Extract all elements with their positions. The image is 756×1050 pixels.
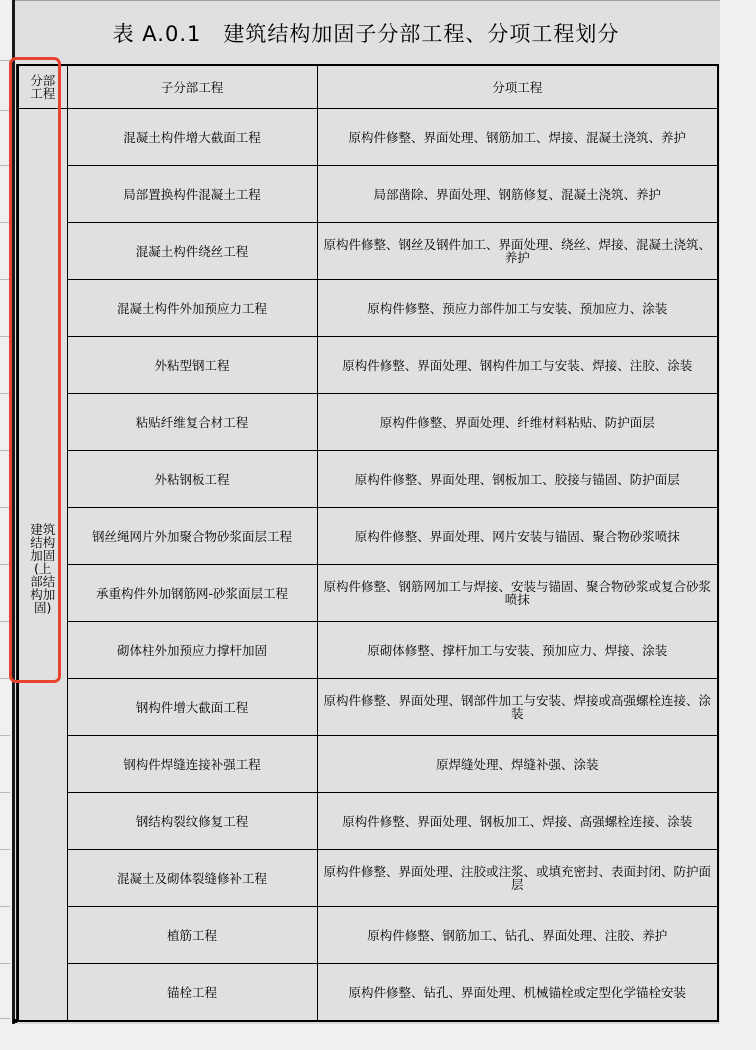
table-header-row: 分部工程 子分部工程 分项工程 <box>18 65 718 109</box>
sub-item-cell: 原焊缝处理、焊缝补强、涂装 <box>317 736 718 793</box>
page-edge <box>12 0 15 1024</box>
header-sub-division: 子分部工程 <box>67 65 317 109</box>
sub-item-cell: 局部凿除、界面处理、钢筋修复、混凝土浇筑、养护 <box>317 166 718 223</box>
sub-item-cell: 原构件修整、钻孔、界面处理、机械锚栓或定型化学锚栓安装 <box>317 964 718 1022</box>
header-division: 分部工程 <box>18 65 67 109</box>
table-row: 承重构件外加钢筋网-砂浆面层工程原构件修整、钢筋网加工与焊接、安装与锚固、聚合物… <box>18 565 718 622</box>
sub-item-cell: 原构件修整、钢筋加工、钻孔、界面处理、注胶、养护 <box>317 907 718 964</box>
sub-item-cell: 原砌体修整、撑杆加工与安装、预加应力、焊接、涂装 <box>317 622 718 679</box>
table-row: 外粘型钢工程原构件修整、界面处理、钢构件加工与安装、焊接、注胶、涂装 <box>18 337 718 394</box>
sub-division-cell: 混凝土构件增大截面工程 <box>67 109 317 166</box>
sub-division-cell: 钢构件增大截面工程 <box>67 679 317 736</box>
sub-division-cell: 粘贴纤维复合材工程 <box>67 394 317 451</box>
table-row: 砌体柱外加预应力撑杆加固原砌体修整、撑杆加工与安装、预加应力、焊接、涂装 <box>18 622 718 679</box>
corner-handle <box>13 1019 17 1023</box>
sub-division-cell: 锚栓工程 <box>67 964 317 1022</box>
division-table: 分部工程 子分部工程 分项工程 建筑结构加固(上部结构加固)混凝土构件增大截面工… <box>17 64 719 1022</box>
sub-item-cell: 原构件修整、界面处理、钢构件加工与安装、焊接、注胶、涂装 <box>317 337 718 394</box>
sub-item-cell: 原构件修整、钢筋网加工与焊接、安装与锚固、聚合物砂浆或复合砂浆喷抹 <box>317 565 718 622</box>
table-row: 钢丝绳网片外加聚合物砂浆面层工程原构件修整、界面处理、网片安装与锚固、聚合物砂浆… <box>18 508 718 565</box>
table-row: 混凝土构件外加预应力工程原构件修整、预应力部件加工与安装、预加应力、涂装 <box>18 280 718 337</box>
sub-division-cell: 外粘型钢工程 <box>67 337 317 394</box>
sub-item-cell: 原构件修整、界面处理、注胶或注浆、或填充密封、表面封闭、防护面层 <box>317 850 718 907</box>
sub-division-cell: 植筋工程 <box>67 907 317 964</box>
table-row: 锚栓工程原构件修整、钻孔、界面处理、机械锚栓或定型化学锚栓安装 <box>18 964 718 1022</box>
sub-division-cell: 钢构件焊缝连接补强工程 <box>67 736 317 793</box>
sub-division-cell: 混凝土及砌体裂缝修补工程 <box>67 850 317 907</box>
sub-division-cell: 外粘钢板工程 <box>67 451 317 508</box>
table-row: 植筋工程原构件修整、钢筋加工、钻孔、界面处理、注胶、养护 <box>18 907 718 964</box>
sub-item-cell: 原构件修整、界面处理、纤维材料粘贴、防护面层 <box>317 394 718 451</box>
table-title: 表 A.0.1 建筑结构加固子分部工程、分项工程划分 <box>0 18 720 50</box>
table-row: 钢结构裂纹修复工程原构件修整、界面处理、钢板加工、焊接、高强螺栓连接、涂装 <box>18 793 718 850</box>
sub-division-cell: 局部置换构件混凝土工程 <box>67 166 317 223</box>
division-cell: 建筑结构加固(上部结构加固) <box>18 109 67 1022</box>
table-row: 钢构件增大截面工程原构件修整、界面处理、钢部件加工与安装、焊接或高强螺栓连接、涂… <box>18 679 718 736</box>
table-row: 混凝土及砌体裂缝修补工程原构件修整、界面处理、注胶或注浆、或填充密封、表面封闭、… <box>18 850 718 907</box>
page-edge-inner <box>16 64 17 1020</box>
table-row: 钢构件焊缝连接补强工程原焊缝处理、焊缝补强、涂装 <box>18 736 718 793</box>
table-row: 建筑结构加固(上部结构加固)混凝土构件增大截面工程原构件修整、界面处理、钢筋加工… <box>18 109 718 166</box>
sub-item-cell: 原构件修整、界面处理、钢部件加工与安装、焊接或高强螺栓连接、涂装 <box>317 679 718 736</box>
sub-item-cell: 原构件修整、界面处理、钢板加工、胶接与锚固、防护面层 <box>317 451 718 508</box>
header-sub-item: 分项工程 <box>317 65 718 109</box>
sub-division-cell: 钢丝绳网片外加聚合物砂浆面层工程 <box>67 508 317 565</box>
table-row: 外粘钢板工程原构件修整、界面处理、钢板加工、胶接与锚固、防护面层 <box>18 451 718 508</box>
table-row: 局部置换构件混凝土工程局部凿除、界面处理、钢筋修复、混凝土浇筑、养护 <box>18 166 718 223</box>
sub-item-cell: 原构件修整、预应力部件加工与安装、预加应力、涂装 <box>317 280 718 337</box>
sub-division-cell: 承重构件外加钢筋网-砂浆面层工程 <box>67 565 317 622</box>
sub-item-cell: 原构件修整、界面处理、钢板加工、焊接、高强螺栓连接、涂装 <box>317 793 718 850</box>
table-row: 粘贴纤维复合材工程原构件修整、界面处理、纤维材料粘贴、防护面层 <box>18 394 718 451</box>
sub-division-cell: 钢结构裂纹修复工程 <box>67 793 317 850</box>
sub-division-cell: 混凝土构件绕丝工程 <box>67 223 317 280</box>
sub-item-cell: 原构件修整、钢丝及钢件加工、界面处理、绕丝、焊接、混凝土浇筑、养护 <box>317 223 718 280</box>
sub-division-cell: 混凝土构件外加预应力工程 <box>67 280 317 337</box>
sub-division-cell: 砌体柱外加预应力撑杆加固 <box>67 622 317 679</box>
table-row: 混凝土构件绕丝工程原构件修整、钢丝及钢件加工、界面处理、绕丝、焊接、混凝土浇筑、… <box>18 223 718 280</box>
sub-item-cell: 原构件修整、界面处理、钢筋加工、焊接、混凝土浇筑、养护 <box>317 109 718 166</box>
left-gutter <box>0 0 12 1022</box>
sub-item-cell: 原构件修整、界面处理、网片安装与锚固、聚合物砂浆喷抹 <box>317 508 718 565</box>
division-name: 建筑结构加固(上部结构加固) <box>29 523 57 614</box>
